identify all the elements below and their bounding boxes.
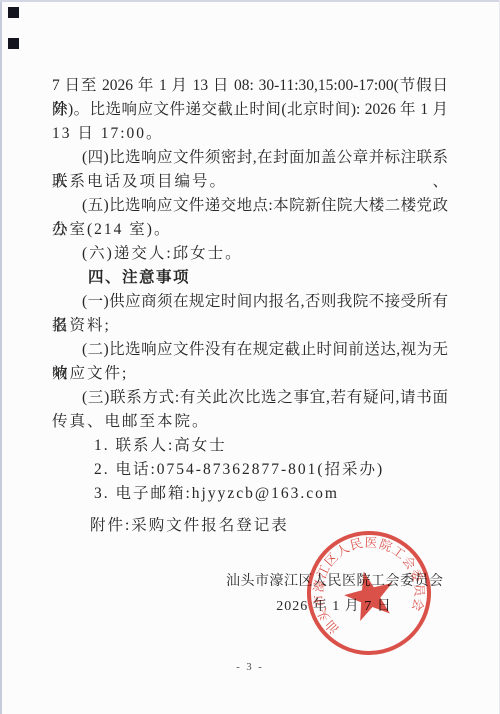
scan-edge-top: [0, 0, 500, 2]
document-line: 响应文件;: [52, 362, 448, 386]
document-line: (四)比选响应文件须密封,在封面加盖公章并标注联系人、: [52, 146, 448, 170]
document-line: (一)供应商须在规定时间内报名,否则我院不接受所有报: [52, 290, 448, 314]
scan-artifact-square: [8, 7, 19, 18]
document-line: 13 日 17:00。: [52, 122, 448, 146]
star-icon: [340, 566, 399, 624]
document-line: 传真、电邮至本院。: [52, 410, 448, 434]
document-body: 7 日至 2026 年 1 月 13 日 08: 30-11:30,15:00-…: [52, 74, 448, 538]
contact-person-line: 1. 联系人:高女士: [52, 434, 448, 458]
document-line: 7 日至 2026 年 1 月 13 日 08: 30-11:30,15:00-…: [52, 74, 448, 98]
section-heading: 四、注意事项: [52, 266, 448, 290]
scan-edge-left: [0, 0, 2, 714]
document-line: 外)。比选响应文件递交截止时间(北京时间): 2026 年 1 月: [52, 98, 448, 122]
document-line: (三)联系方式:有关此次比选之事宜,若有疑问,请书面: [52, 386, 448, 410]
document-line: 公室(214 室)。: [52, 218, 448, 242]
document-line: (五)比选响应文件递交地点:本院新住院大楼二楼党政办: [52, 194, 448, 218]
document-line: 名资料;: [52, 314, 448, 338]
scan-artifact-square: [8, 38, 19, 49]
page-number: - 3 -: [0, 662, 500, 673]
contact-email-line: 3. 电子邮箱:hjyyzcb@163.com: [52, 482, 448, 506]
contact-phone-line: 2. 电话:0754-87362877-801(招采办): [52, 458, 448, 482]
document-line: (六)递交人:邱女士。: [52, 242, 448, 266]
scanned-document-page: 7 日至 2026 年 1 月 13 日 08: 30-11:30,15:00-…: [0, 0, 500, 714]
document-line: (二)比选响应文件没有在规定截止时间前送达,视为无效: [52, 338, 448, 362]
